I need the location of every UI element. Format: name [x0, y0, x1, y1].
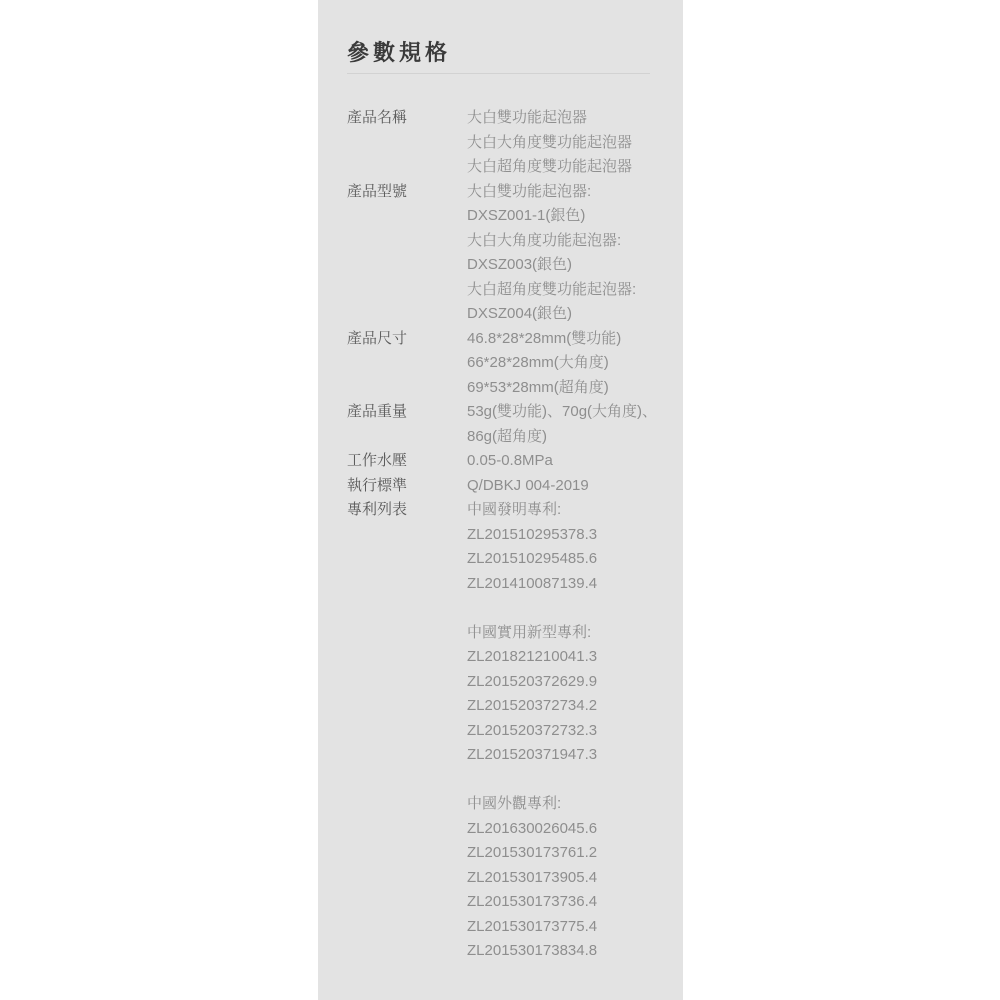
page: 參數規格 產品名稱大白雙功能起泡器大白大角度雙功能起泡器大白超角度雙功能起泡器產…: [0, 0, 1000, 1000]
spec-value-line: 53g(雙功能)、70g(大角度)、: [467, 400, 659, 425]
spec-value-line: ZL201530173775.4: [467, 915, 659, 940]
spec-label: 產品重量: [347, 400, 467, 425]
spec-value-line: DXSZ003(銀色): [467, 253, 659, 278]
spec-table: 產品名稱大白雙功能起泡器大白大角度雙功能起泡器大白超角度雙功能起泡器產品型號大白…: [347, 106, 659, 964]
spec-row: 產品名稱大白雙功能起泡器大白大角度雙功能起泡器大白超角度雙功能起泡器: [347, 106, 659, 180]
spec-value-line: Q/DBKJ 004-2019: [467, 474, 659, 499]
spec-value-line: 大白雙功能起泡器: [467, 106, 659, 131]
spec-value-line: 86g(超角度): [467, 425, 659, 450]
spec-value-line: ZL201520372629.9: [467, 670, 659, 695]
spec-value-line: 0.05-0.8MPa: [467, 449, 659, 474]
spec-blank-line: [467, 768, 659, 793]
spec-value-line: ZL201530173905.4: [467, 866, 659, 891]
spec-value-line: 大白超角度雙功能起泡器:: [467, 278, 659, 303]
spec-values: 中國發明專利:ZL201510295378.3ZL201510295485.6Z…: [467, 498, 659, 964]
spec-value-line: DXSZ001-1(銀色): [467, 204, 659, 229]
spec-row: 產品重量53g(雙功能)、70g(大角度)、86g(超角度): [347, 400, 659, 449]
spec-value-line: 大白超角度雙功能起泡器: [467, 155, 659, 180]
spec-value-line: DXSZ004(銀色): [467, 302, 659, 327]
spec-blank-line: [467, 596, 659, 621]
spec-value-line: ZL201530173834.8: [467, 939, 659, 964]
spec-value-line: ZL201510295485.6: [467, 547, 659, 572]
spec-value-line: 46.8*28*28mm(雙功能): [467, 327, 659, 352]
title-divider: [347, 73, 650, 74]
spec-values: 大白雙功能起泡器:DXSZ001-1(銀色)大白大角度功能起泡器:DXSZ003…: [467, 180, 659, 327]
spec-value-line: ZL201530173761.2: [467, 841, 659, 866]
spec-value-line: ZL201520371947.3: [467, 743, 659, 768]
spec-value-line: 大白大角度雙功能起泡器: [467, 131, 659, 156]
spec-label: 產品尺寸: [347, 327, 467, 352]
spec-row: 產品尺寸46.8*28*28mm(雙功能)66*28*28mm(大角度)69*5…: [347, 327, 659, 401]
spec-value-line: 66*28*28mm(大角度): [467, 351, 659, 376]
spec-value-line: 中國發明專利:: [467, 498, 659, 523]
spec-value-line: 大白雙功能起泡器:: [467, 180, 659, 205]
spec-value-line: ZL201520372734.2: [467, 694, 659, 719]
spec-value-line: 69*53*28mm(超角度): [467, 376, 659, 401]
spec-label: 執行標準: [347, 474, 467, 499]
spec-value-line: ZL201510295378.3: [467, 523, 659, 548]
spec-label: 工作水壓: [347, 449, 467, 474]
spec-row: 產品型號大白雙功能起泡器:DXSZ001-1(銀色)大白大角度功能起泡器:DXS…: [347, 180, 659, 327]
spec-label: 產品名稱: [347, 106, 467, 131]
spec-values: 大白雙功能起泡器大白大角度雙功能起泡器大白超角度雙功能起泡器: [467, 106, 659, 180]
spec-row: 專利列表中國發明專利:ZL201510295378.3ZL20151029548…: [347, 498, 659, 964]
spec-values: 53g(雙功能)、70g(大角度)、86g(超角度): [467, 400, 659, 449]
spec-row: 工作水壓0.05-0.8MPa: [347, 449, 659, 474]
spec-value-line: ZL201530173736.4: [467, 890, 659, 915]
spec-panel: 參數規格 產品名稱大白雙功能起泡器大白大角度雙功能起泡器大白超角度雙功能起泡器產…: [318, 0, 683, 1000]
spec-value-line: 中國實用新型專利:: [467, 621, 659, 646]
spec-value-line: 中國外觀專利:: [467, 792, 659, 817]
spec-value-line: ZL201410087139.4: [467, 572, 659, 597]
spec-value-line: 大白大角度功能起泡器:: [467, 229, 659, 254]
spec-value-line: ZL201520372732.3: [467, 719, 659, 744]
spec-value-line: ZL201821210041.3: [467, 645, 659, 670]
spec-label: 專利列表: [347, 498, 467, 523]
spec-label: 產品型號: [347, 180, 467, 205]
spec-value-line: ZL201630026045.6: [467, 817, 659, 842]
section-title: 參數規格: [347, 36, 451, 67]
spec-values: 46.8*28*28mm(雙功能)66*28*28mm(大角度)69*53*28…: [467, 327, 659, 401]
spec-row: 執行標準Q/DBKJ 004-2019: [347, 474, 659, 499]
spec-values: 0.05-0.8MPa: [467, 449, 659, 474]
spec-values: Q/DBKJ 004-2019: [467, 474, 659, 499]
